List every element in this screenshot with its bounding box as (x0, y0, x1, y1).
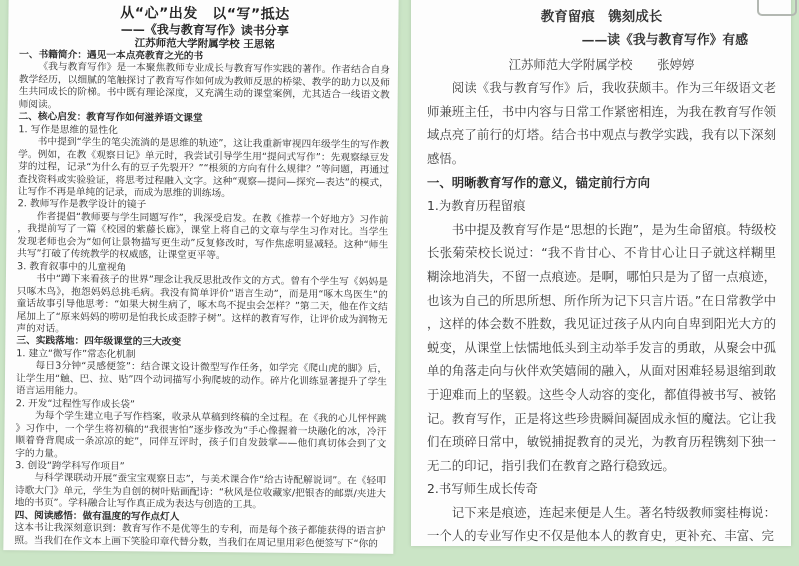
scan-corner-artifact (757, 0, 797, 16)
right-doc-title: 教育留痕 镌刻成长 (427, 6, 776, 29)
right-doc-subtitle: ——读《我与教育写作》有感 (427, 29, 776, 53)
paragraph: 与科学课联动开展“蚕宝宝观察日志”，与美术课合作“给古诗配解说词”。在《轻叩诗歌… (15, 473, 386, 514)
paragraph: 每日3分钟“灵感便签”：结合课文设计微型写作任务，如学完《爬山虎的脚》后，让学生… (16, 361, 387, 402)
paragraph: 这本书让我深刻意识到：教育写作不是优等生的专利，而是每个孩子都能获得的语言护照。… (14, 522, 385, 550)
paragraph: 书中提到“学生的笔尖流淌的是思维的轨迹”，这让我重新审视四年级学生的写作教学。例… (18, 136, 390, 202)
paragraph: 书中提及教育写作是“思想的长跑”，是为生命留痕。特级校长张菊荣校长说过：“我不肯… (427, 218, 776, 478)
paragraph: 书中“蹲下来看孩子的世界”理念让我反思批改作文的方式。曾有个学生写《妈妈是只啄木… (16, 273, 388, 339)
paragraph: 作者提倡“教师要与学生同题写作”，我深受启发。在教《推荐一个好地方》习作前，我提… (17, 211, 388, 264)
paragraph: 为每个学生建立电子写作档案，收录从草稿到终稿的全过程。在《我的心儿怦怦跳》习作中… (15, 410, 386, 463)
item-heading: 1.为教育历程留痕 (427, 194, 776, 218)
paragraph: 记下来是痕迹，连起来便是人生。著名特级教师窦桂梅说：一个人的专业写作史不仅是他本… (427, 501, 776, 548)
paragraph: 阅读《我与教育写作》后，我收获颇丰。作为三年级语文老师兼班主任，书中内容与日常工… (427, 76, 776, 170)
paragraph: 《我与教育写作》是一本聚焦教师专业成长与教育写作实践的著作。作者结合自身教学经历… (19, 62, 390, 115)
right-document-page: 教育留痕 镌刻成长 ——读《我与教育写作》有感 江苏师范大学附属学校 张婷婷 阅… (411, 0, 791, 546)
item-heading: 2.书写师生成长传奇 (427, 477, 776, 501)
scanned-documents-canvas: { "colors": { "background": "#cbe5c6", "… (0, 0, 799, 566)
section-heading: 一、明晰教育写作的意义，锚定前行方向 (427, 171, 776, 195)
right-doc-byline: 江苏师范大学附属学校 张婷婷 (427, 53, 776, 77)
left-document-page: 从“心”出发 以“写”抵达 ——《我与教育写作》读书分享 江苏师范大学附属学校 … (3, 0, 398, 554)
